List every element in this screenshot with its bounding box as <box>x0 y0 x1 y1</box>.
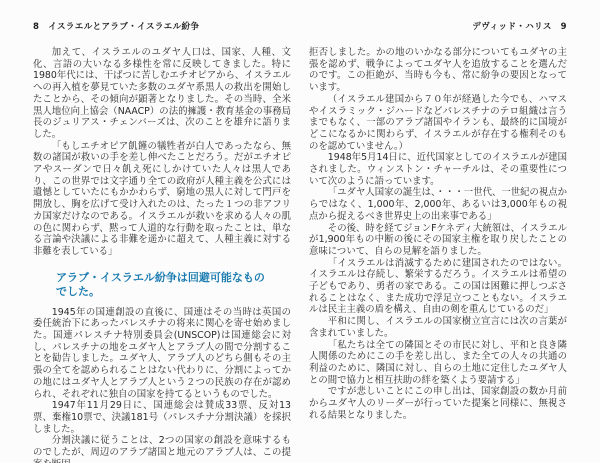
paragraph: 「私たちは全ての隣国とその市民に対し、平和と良き隣人関係のためにこの手を差し出し… <box>309 340 567 387</box>
book-spread: 8 イスラエルとアラブ・イスラエル紛争 加えて、イスラエルのユダヤ人口は、国家、… <box>0 0 600 463</box>
paragraph: 平和に関し、イスラエルの国家樹立宣言には次の言葉が含まれていました。 <box>309 316 567 339</box>
paragraph: その後、時を経てジョンFケネディ大統領は、イスラエルが1,900年もの中断の後に… <box>309 223 567 258</box>
paragraph-group-before-heading: 加えて、イスラエルのユダヤ人口は、国家、人種、文化、言語の大いなる多様性を常に反… <box>33 47 291 258</box>
paragraph: 加えて、イスラエルのユダヤ人口は、国家、人種、文化、言語の大いなる多様性を常に反… <box>33 47 291 141</box>
paragraph-group-after-heading: 1945年の国連創設の直後に、国連はその当時は英国の委任統治下にあったパレスチナ… <box>33 307 291 463</box>
paragraph: 「もしエチオピア飢饉の犠牲者が白人であったなら、無数の諸国が救いの手を差し伸べた… <box>33 141 291 258</box>
paragraph: （イスラエル建国から７０年が経過した今でも、ハマスやイスラミック・ジハードなどパ… <box>309 94 567 153</box>
paragraph: 「イスラエルは消滅するために建国されたのではない。イスラエルは存続し、繁栄するだ… <box>309 258 567 317</box>
page-right-running-header: デヴィッド・ハリス 9 <box>309 20 567 32</box>
paragraph: 「ユダヤ人国家の誕生は、・・・一世代、一世紀の視点からではなく、1,000年、2… <box>309 187 567 222</box>
section-heading: アラブ・イスラエル紛争は回避可能なものでした。 <box>56 271 272 300</box>
paragraph-group-right: 拒否しました。かの地のいかなる部分についてもユダヤの主張を認めず、戦争によってユ… <box>309 47 567 422</box>
page-right-body: 拒否しました。かの地のいかなる部分についてもユダヤの主張を認めず、戦争によってユ… <box>309 47 567 422</box>
page-left-body: 加えて、イスラエルのユダヤ人口は、国家、人種、文化、言語の大いなる多様性を常に反… <box>33 47 291 463</box>
paragraph: ですが悲しいことにこの申し出は、国家創設の数か月前からユダヤ人のリーダーが行って… <box>309 386 567 421</box>
page-left: 8 イスラエルとアラブ・イスラエル紛争 加えて、イスラエルのユダヤ人口は、国家、… <box>33 20 291 463</box>
page-left-running-header: 8 イスラエルとアラブ・イスラエル紛争 <box>33 20 291 32</box>
paragraph: 1948年5月14日に、近代国家としてのイスラエルが建国されました。ウィンストン… <box>309 152 567 187</box>
page-right: デヴィッド・ハリス 9 拒否しました。かの地のいかなる部分についてもユダヤの主張… <box>309 20 567 422</box>
paragraph: 拒否しました。かの地のいかなる部分についてもユダヤの主張を認めず、戦争によってユ… <box>309 47 567 94</box>
paragraph: 1947年11月29日に、国連総会は賛成33票、反対13票、棄権10票で、決議1… <box>33 400 291 435</box>
paragraph: 分割決議に従うことは、2つの国家の創設を意味するものでしたが、周辺のアラブ諸国と… <box>33 435 291 463</box>
paragraph: 1945年の国連創設の直後に、国連はその当時は英国の委任統治下にあったパレスチナ… <box>33 307 291 401</box>
